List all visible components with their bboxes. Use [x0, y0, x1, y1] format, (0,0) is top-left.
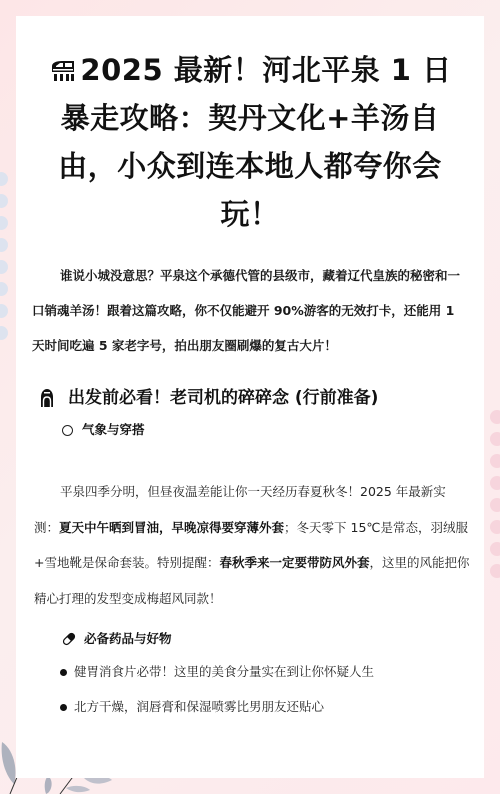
- train-icon: [48, 58, 78, 82]
- para-bold-text: 夏天中午晒到冒油，早晚凉得要穿薄外套: [59, 520, 284, 535]
- subheading-weather-clothing: 气象与穿搭: [62, 420, 145, 440]
- article-title-text: 2025 最新！河北平泉 1 日暴走攻略：契丹文化+羊汤自由，小众到连本地人都夸…: [58, 53, 451, 231]
- list-item: 北方干燥，润唇膏和保湿喷雾比男朋友还贴心: [60, 697, 460, 717]
- bullet-icon: [60, 704, 67, 711]
- section-heading-text: 出发前必看！老司机的碎碎念 (行前准备): [68, 384, 378, 412]
- section-heading-preparation: 出发前必看！老司机的碎碎念 (行前准备): [38, 384, 458, 412]
- bullet-icon: [60, 669, 67, 676]
- medicine-list: 健胃消食片必带！这里的美食分量实在到让你怀疑人生 北方干燥，润唇膏和保湿喷雾比男…: [60, 662, 460, 732]
- list-item: 健胃消食片必带！这里的美食分量实在到让你怀疑人生: [60, 662, 460, 682]
- intro-paragraph: 谁说小城没意思？平泉这个承德代管的县级市，藏着辽代皇族的秘密和一口销魂羊汤！跟着…: [32, 258, 468, 363]
- subheading-text: 气象与穿搭: [82, 420, 145, 440]
- article-title: 2025 最新！河北平泉 1 日暴走攻略：契丹文化+羊汤自由，小众到连本地人都夸…: [40, 46, 460, 238]
- backpack-icon: [38, 388, 56, 408]
- para-bold-text: 春秋季来一定要带防风外套: [219, 555, 369, 570]
- list-item-text: 北方干燥，润唇膏和保湿喷雾比男朋友还贴心: [74, 697, 324, 717]
- circle-icon: [62, 425, 73, 436]
- decorative-dots-left: [0, 172, 10, 348]
- subheading-medicine: 必备药品与好物: [62, 629, 172, 649]
- list-item-text: 健胃消食片必带！这里的美食分量实在到让你怀疑人生: [74, 662, 374, 682]
- pill-icon: [62, 632, 76, 646]
- decorative-dots-right: [490, 410, 500, 586]
- subheading-text: 必备药品与好物: [84, 629, 172, 649]
- weather-paragraph: 平泉四季分明，但昼夜温差能让你一天经历春夏秋冬！2025 年最新实测：夏天中午晒…: [34, 474, 470, 616]
